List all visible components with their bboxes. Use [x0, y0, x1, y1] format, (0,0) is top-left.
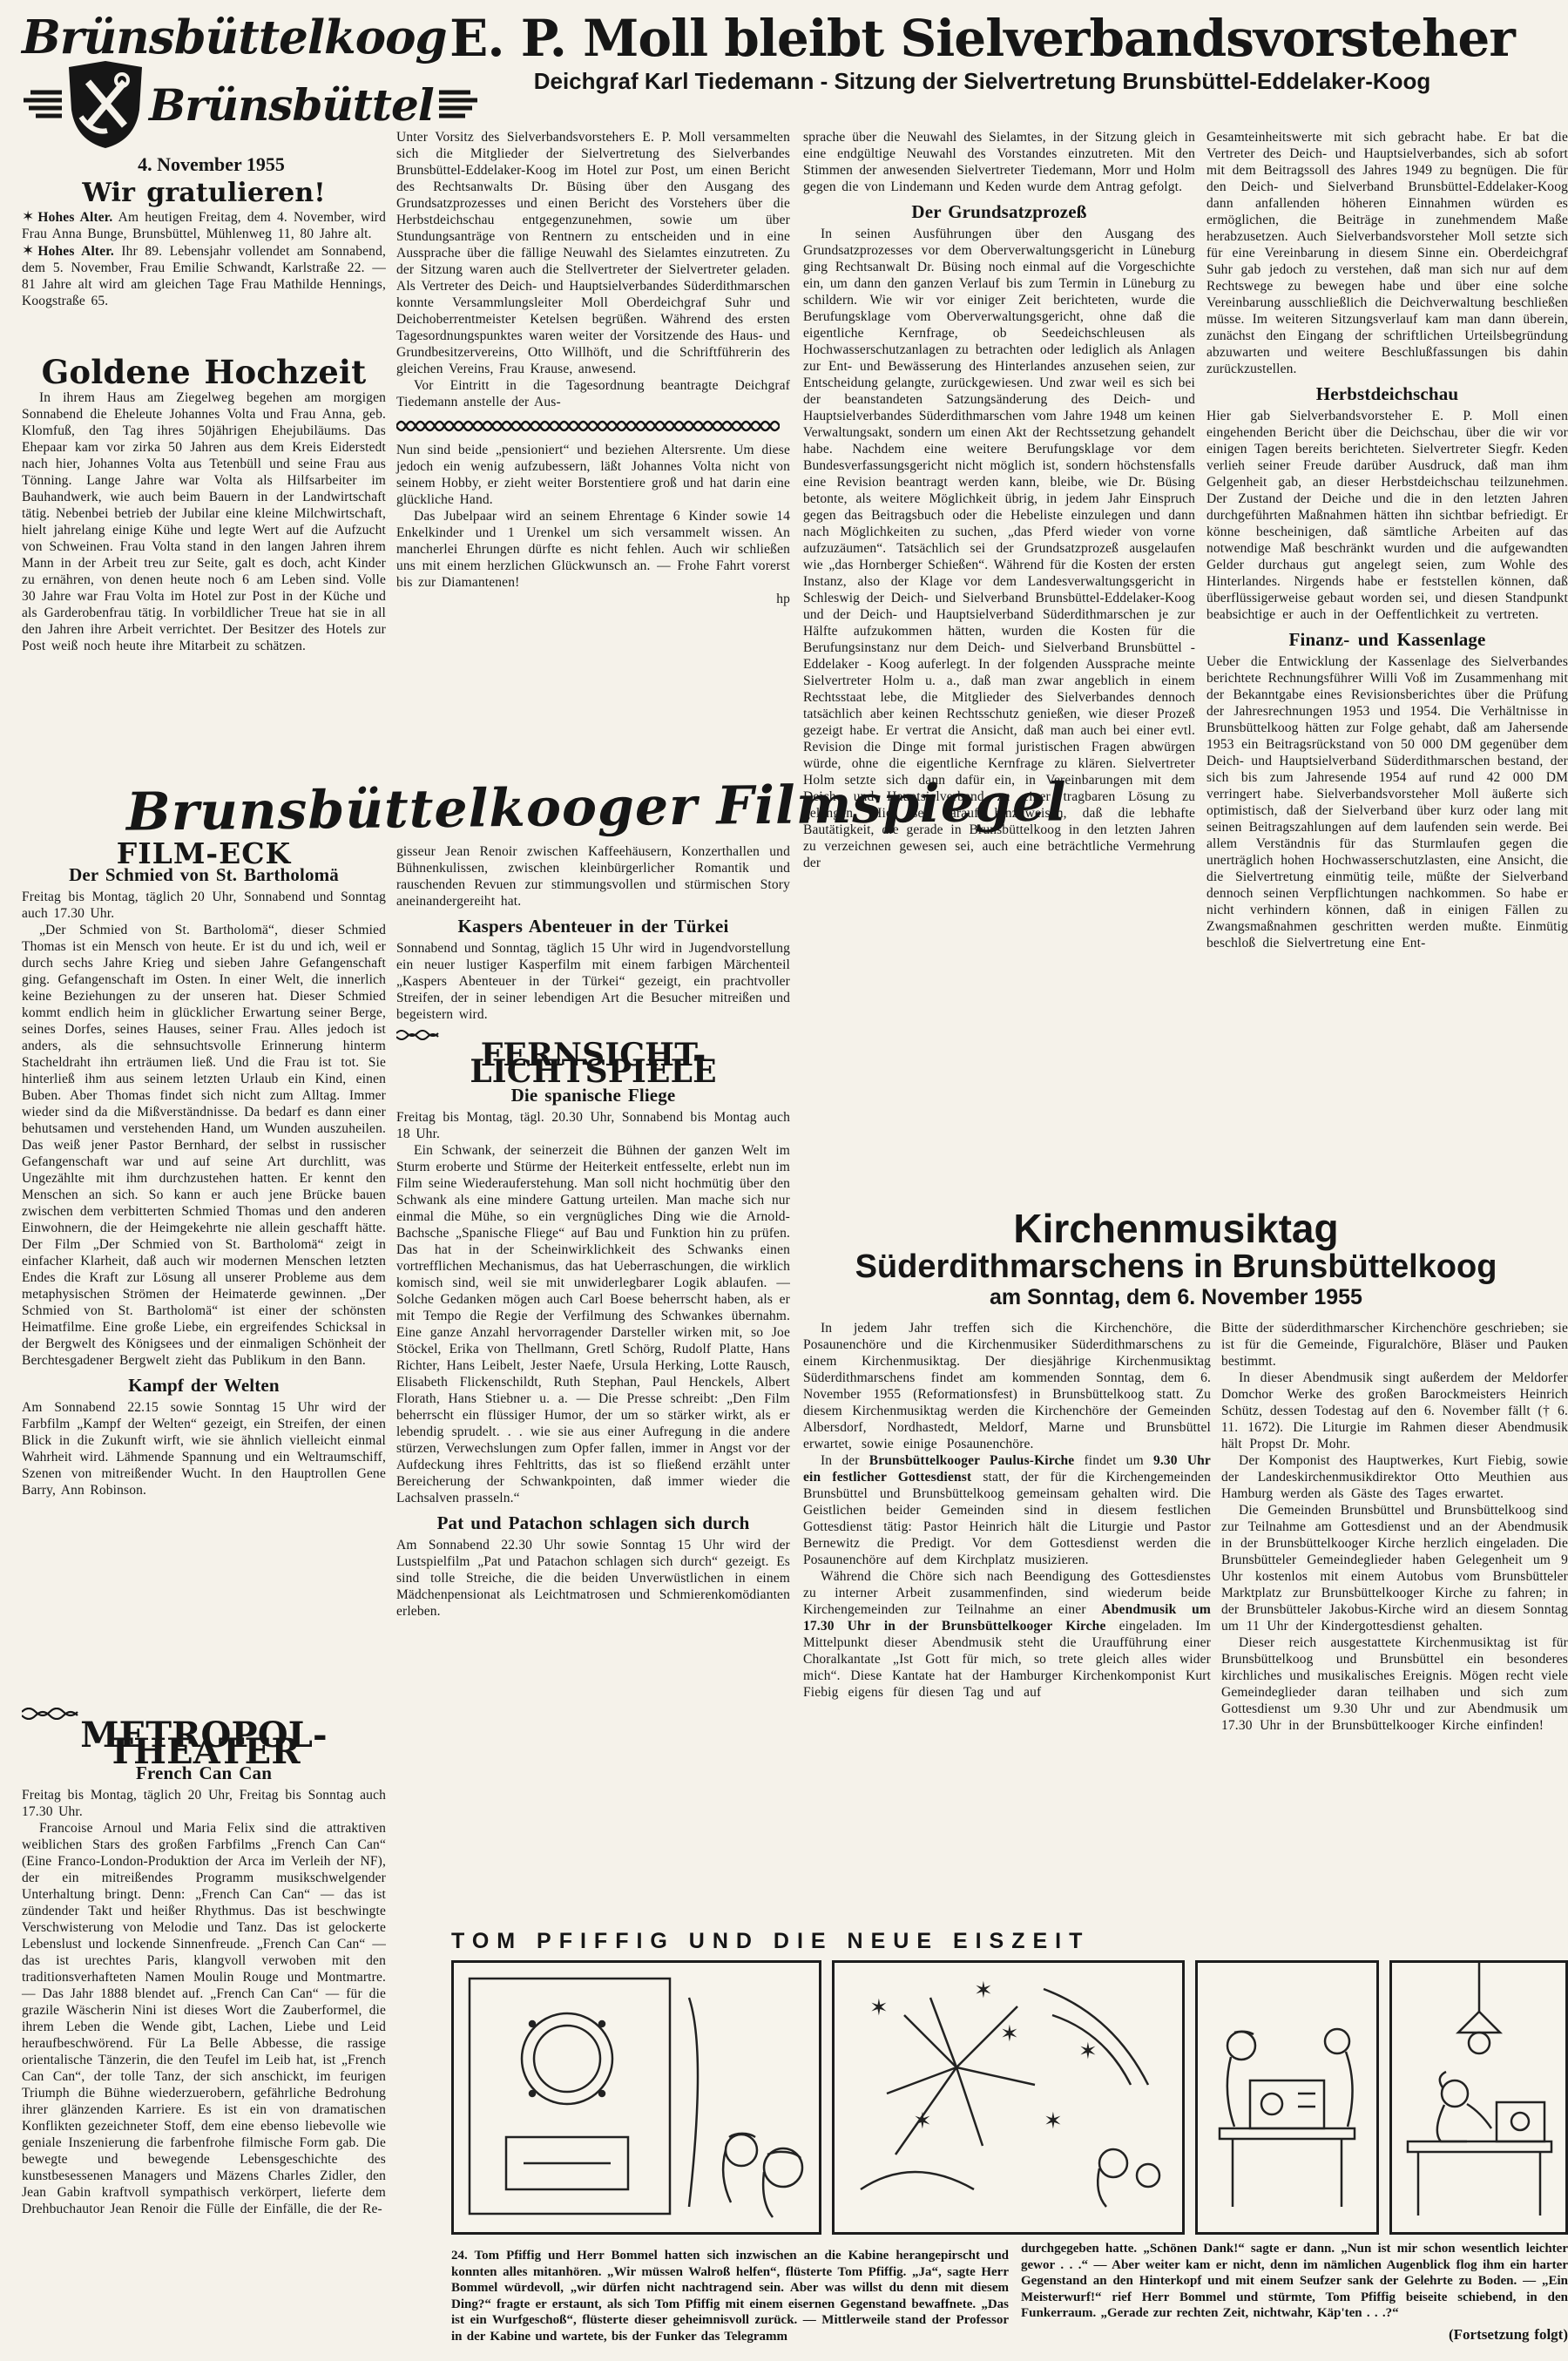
newspaper-page: Brünsbüttelkoog Brünsb: [0, 0, 1568, 2361]
pat-patachon-heading: Pat und Patachon schlagen sich durch: [396, 1515, 790, 1532]
spanische-fliege-heading: Die spanische Fliege: [396, 1087, 790, 1104]
lead-column-3: Gesamteinheitswerte mit sich gebracht ha…: [1206, 129, 1568, 951]
lead-paragraph: sprache über die Neuwahl des Sielamtes, …: [803, 129, 1195, 195]
goldene-continuation: Das Jubelpaar wird an seinem Ehrentage 6…: [396, 508, 790, 591]
star-icon: ✶: [22, 208, 37, 225]
bold-segment: Brunsbüttelkooger Paulus-Kirche: [869, 1453, 1075, 1468]
kaspers-text: Sonnabend und Sonntag, täglich 15 Uhr wi…: [396, 940, 790, 1023]
masthead-title-line2: Brünsbüttel: [149, 79, 434, 131]
wir-gratulieren-heading: Wir gratulieren!: [22, 185, 386, 201]
lead-column-2: sprache über die Neuwahl des Sielamtes, …: [803, 129, 1195, 871]
author-initials: hp: [396, 591, 790, 607]
svg-text:✶: ✶: [1044, 2108, 1063, 2134]
kirche-paragraph: Bitte der süderdithmarscher Kirchenchöre…: [1221, 1320, 1568, 1370]
metropol-review-continuation: gisseur Jean Renoir zwischen Kaffeehäuse…: [396, 843, 790, 910]
goldene-continuation: Nun sind beide „pensioniert“ und beziehe…: [396, 442, 790, 508]
kirchenmusiktag-column-2: Bitte der süderdithmarscher Kirchenchöre…: [1221, 1320, 1568, 1734]
masthead-title-line1: Brünsbüttelkoog: [22, 10, 401, 64]
film-eck-heading: FILM-ECK: [22, 845, 386, 862]
lead-column-1: Unter Vorsitz des Sielverbandsvorstehers…: [396, 129, 790, 607]
kirche-paragraph: Während die Chöre sich nach Beendigung d…: [803, 1568, 1211, 1701]
kirche-paragraph: In jedem Jahr treffen sich die Kirchench…: [803, 1320, 1211, 1452]
kirchenmusiktag-headline: Kirchenmusiktag: [784, 1208, 1568, 1249]
article-wir-gratulieren: Wir gratulieren! ✶Hohes Alter. Am heutig…: [22, 185, 386, 309]
kaspers-heading: Kaspers Abenteuer in der Türkei: [396, 918, 790, 935]
gratulieren-item: ✶Hohes Alter. Ihr 89. Lebensjahr vollend…: [22, 242, 386, 309]
grundsatzprozess-heading: Der Grundsatzprozeß: [803, 204, 1195, 220]
braided-rule-divider: [396, 419, 790, 433]
fernsicht-review: Ein Schwank, der seinerzeit die Bühnen d…: [396, 1142, 790, 1506]
kirchenmusiktag-subheadline: Süderdithmarschens in Brunsbüttelkoog: [784, 1249, 1568, 1284]
kirchenmusiktag-dateline: am Sonntag, dem 6. November 1955: [784, 1284, 1568, 1310]
kirchenmusiktag-head: Kirchenmusiktag Süderdithmarschens in Br…: [784, 1208, 1568, 1310]
film-eck-times: Freitag bis Montag, täglich 20 Uhr, Sonn…: [22, 889, 386, 922]
lead-paragraph: Vor Eintritt in die Tagesordnung beantra…: [396, 377, 790, 410]
finanz-kassenlage-heading: Finanz- und Kassenlage: [1206, 632, 1568, 648]
kirche-paragraph: In dieser Abendmusik singt außerdem der …: [1221, 1370, 1568, 1452]
comic-strip: ✶✶✶ ✶✶✶: [451, 1960, 1568, 2235]
fernsicht-times: Freitag bis Montag, tägl. 20.30 Uhr, Son…: [396, 1109, 790, 1142]
lead-paragraph: Gesamteinheitswerte mit sich gebracht ha…: [1206, 129, 1568, 377]
gratulieren-item: ✶Hohes Alter. Am heutigen Freitag, dem 4…: [22, 208, 386, 242]
svg-text:✶: ✶: [974, 1978, 993, 2004]
lead-headline: E. P. Moll bleibt Sielverbandsvorsteher: [396, 9, 1568, 68]
comic-panel-3: [1195, 1960, 1379, 2235]
issue-date: 4. November 1955: [22, 153, 401, 176]
caption-text: durchgegeben hatte. „Schönen Dank!“ sagt…: [1021, 2241, 1568, 2322]
lead-paragraph: Ueber die Entwicklung der Kassenlage des…: [1206, 653, 1568, 951]
comic-caption-right: durchgegeben hatte. „Schönen Dank!“ sagt…: [1021, 2241, 1568, 2343]
filmspiegel-script-heading: Brunsbüttelkooger Filmspiegel: [126, 772, 1068, 842]
text-segment: findet um: [1074, 1453, 1153, 1468]
article-fernsicht: gisseur Jean Renoir zwischen Kaffeehäuse…: [396, 843, 790, 1620]
comic-caption-left: 24. Tom Pfiffig und Herr Bommel hatten s…: [451, 2248, 1009, 2344]
comic-panel-1: [451, 1960, 821, 2235]
article-film-eck: FILM-ECK Der Schmied von St. Bartholomä …: [22, 845, 386, 1498]
herbstdeichschau-heading: Herbstdeichschau: [1206, 386, 1568, 403]
masthead: Brünsbüttelkoog Brünsb: [22, 10, 401, 176]
goldene-hochzeit-body: In ihrem Haus am Ziegelweg begehen am mo…: [22, 389, 386, 654]
lead-subheadline: Deichgraf Karl Tiedemann - Sitzung der S…: [396, 68, 1568, 95]
kirche-paragraph: In der Brunsbüttelkooger Paulus-Kirche f…: [803, 1452, 1211, 1568]
kampf-der-welten-heading: Kampf der Welten: [22, 1377, 386, 1394]
svg-text:✶: ✶: [913, 2108, 932, 2134]
goldene-hochzeit-heading: Goldene Hochzeit: [22, 364, 386, 381]
svg-text:✶: ✶: [869, 1995, 889, 2021]
article-goldene-hochzeit: Goldene Hochzeit In ihrem Haus am Ziegel…: [22, 364, 386, 654]
lead-paragraph: Unter Vorsitz des Sielverbandsvorstehers…: [396, 129, 790, 377]
comic-title: TOM PFIFFIG UND DIE NEUE EISZEIT: [451, 1929, 1090, 1954]
kirche-paragraph: Die Gemeinden Brunsbüttel und Brunsbütte…: [1221, 1502, 1568, 1634]
kirche-paragraph: Der Komponist des Hauptwerkes, Kurt Fieb…: [1221, 1452, 1568, 1502]
item-label: Hohes Alter.: [37, 244, 113, 259]
comic-panel-2: ✶✶✶ ✶✶✶: [832, 1960, 1185, 2235]
lead-article-head: E. P. Moll bleibt Sielverbandsvorsteher …: [396, 9, 1568, 95]
film-eck-review: „Der Schmied von St. Bartholomä“, dieser…: [22, 922, 386, 1369]
text-segment: In der: [821, 1453, 869, 1468]
kirchenmusiktag-column-1: In jedem Jahr treffen sich die Kirchench…: [803, 1320, 1211, 1701]
lead-paragraph: Hier gab Sielverbandsvorsteher E. P. Mol…: [1206, 408, 1568, 623]
metropol-heading: METROPOL-THEATER: [22, 1727, 386, 1760]
metropol-times: Freitag bis Montag, täglich 20 Uhr, Frei…: [22, 1787, 386, 1820]
kampf-der-welten-text: Am Sonnabend 22.15 sowie Sonntag 15 Uhr …: [22, 1399, 386, 1498]
fernsicht-heading: FERNSICHT-LICHTSPIELE: [396, 1047, 790, 1080]
svg-text:✶: ✶: [1078, 2039, 1098, 2065]
item-label: Hohes Alter.: [37, 210, 112, 225]
comic-panel-4: [1389, 1960, 1568, 2235]
continuation-notice: (Fortsetzung folgt): [1021, 2327, 1568, 2344]
star-icon: ✶: [22, 242, 37, 259]
kirche-paragraph: Dieser reich ausgestattete Kirchenmusikt…: [1221, 1634, 1568, 1734]
caption-text: 24. Tom Pfiffig und Herr Bommel hatten s…: [451, 2248, 1009, 2344]
french-can-can-heading: French Can Can: [22, 1765, 386, 1782]
svg-text:✶: ✶: [1000, 2021, 1019, 2047]
article-metropol: METROPOL-THEATER French Can Can Freitag …: [22, 1701, 386, 2217]
schmied-heading: Der Schmied von St. Bartholomä: [22, 867, 386, 883]
coat-of-arms-shield-icon: [67, 59, 144, 150]
ribbon-left-icon: [22, 87, 62, 122]
pat-patachon-text: Am Sonnabend 22.30 Uhr sowie Sonntag 15 …: [396, 1537, 790, 1620]
metropol-review: Francoise Arnoul und Maria Felix sind di…: [22, 1820, 386, 2217]
